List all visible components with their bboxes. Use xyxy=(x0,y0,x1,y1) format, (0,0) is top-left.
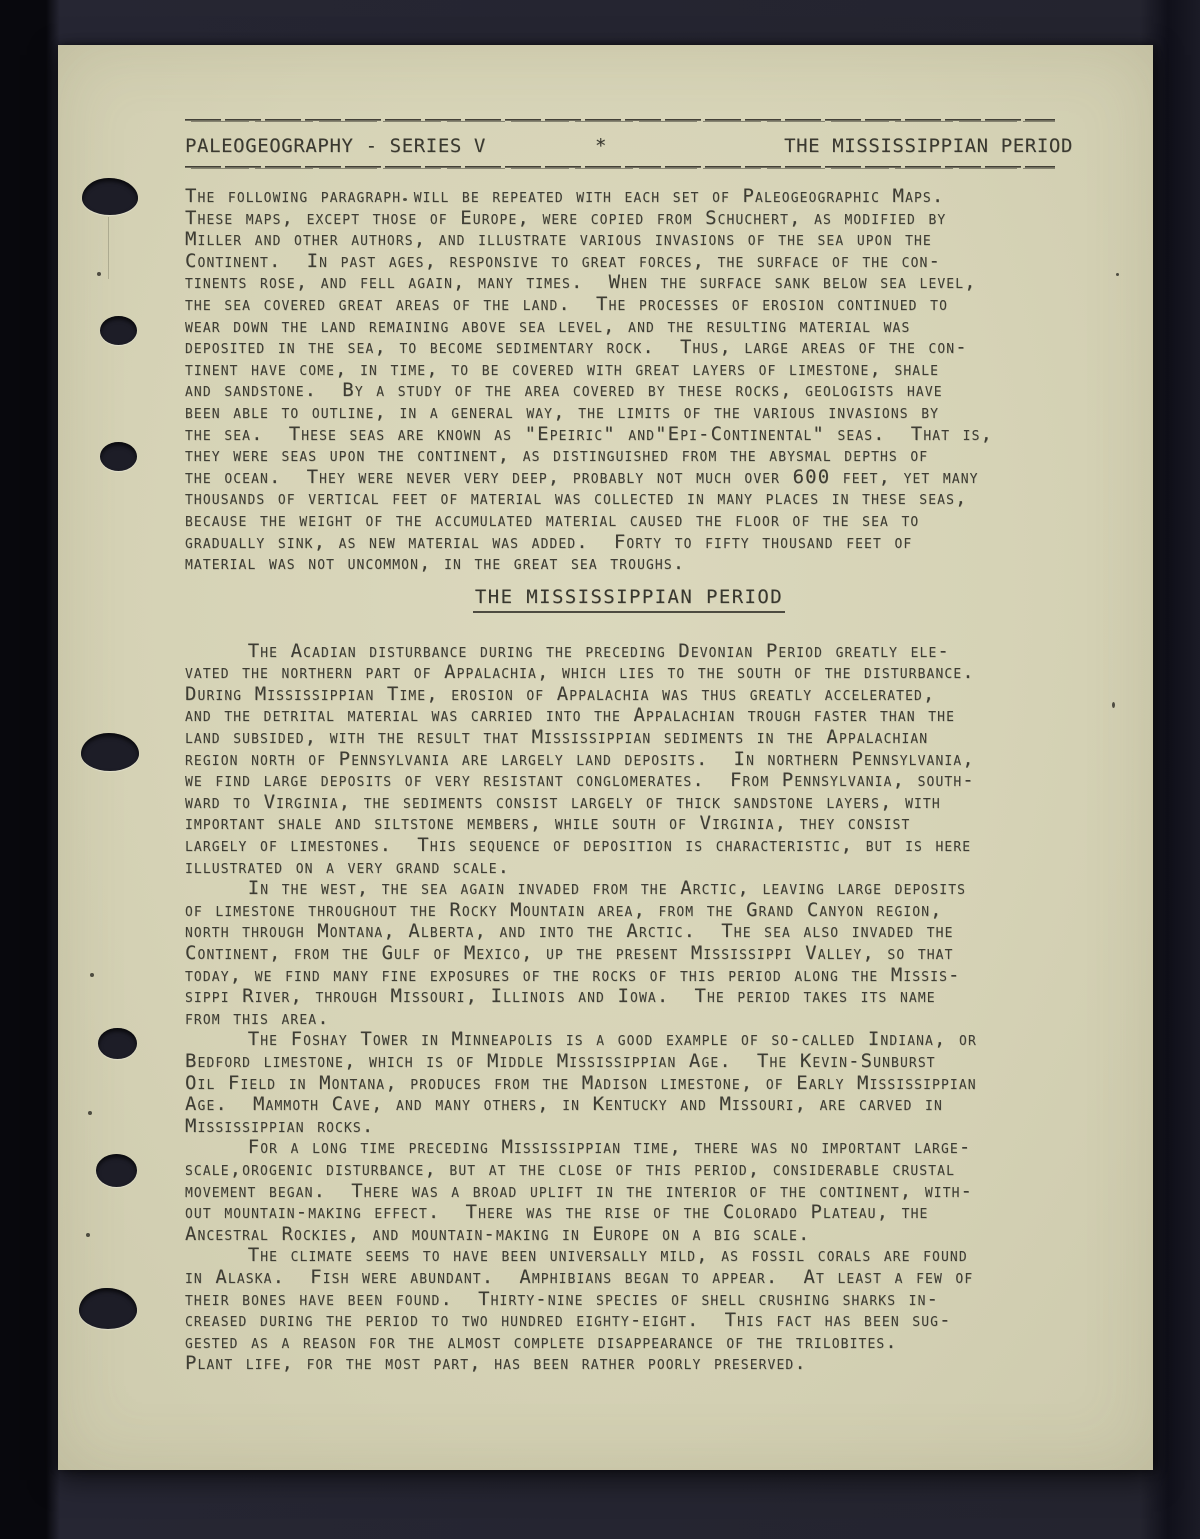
text-line: Bedford limestone, which is of Middle Mi… xyxy=(185,1051,1073,1073)
text-line: they were seas upon the continent, as di… xyxy=(185,445,1073,467)
text-line: today, we find many fine exposures of th… xyxy=(185,965,1073,987)
text-line: and sandstone. By a study of the area co… xyxy=(185,380,1073,402)
paper-crease xyxy=(108,217,109,279)
text-line: Miller and other authors, and illustrate… xyxy=(185,229,1073,251)
text-line: sippi River, through Missouri, Illinois … xyxy=(185,986,1073,1008)
paper-speck xyxy=(1112,702,1115,708)
text-line: The following paragraph will be repeated… xyxy=(185,186,1073,208)
punch-hole xyxy=(98,1028,137,1059)
paragraph-orogeny: For a long time preceding Mississippian … xyxy=(185,1137,1073,1245)
scanned-document-photo: { "colors": { "paper": "#d6d3b6", "ink":… xyxy=(0,0,1200,1539)
paper-speck xyxy=(86,1233,90,1237)
paragraph-acadian: The Acadian disturbance during the prece… xyxy=(185,641,1073,879)
text-line: In the west, the sea again invaded from … xyxy=(185,878,1073,900)
text-line: material was not uncommon, in the great … xyxy=(185,553,1073,575)
text-line: tinents rose, and fell again, many times… xyxy=(185,272,1073,294)
text-line: region north of Pennsylvania are largely… xyxy=(185,749,1073,771)
text-line: north through Montana, Alberta, and into… xyxy=(185,921,1073,943)
text-line: illustrated on a very grand scale. xyxy=(185,857,1073,879)
text-line: vated the northern part of Appalachia, w… xyxy=(185,662,1073,684)
text-line: out mountain-making effect. There was th… xyxy=(185,1202,1073,1224)
text-line: the sea. These seas are known as "Epeiri… xyxy=(185,424,1073,446)
text-line: During Mississippian Time, erosion of Ap… xyxy=(185,684,1073,706)
text-line: tinent have come, in time, to be covered… xyxy=(185,359,1073,381)
text-line: land subsided, with the result that Miss… xyxy=(185,727,1073,749)
text-line: Ancestral Rockies, and mountain-making i… xyxy=(185,1224,1073,1246)
paper-speck xyxy=(97,272,101,276)
text-line: creased during the period to two hundred… xyxy=(185,1310,1073,1332)
section-heading-text: THE MISSISSIPPIAN PERIOD xyxy=(473,585,785,613)
text-line: largely of limestones. This sequence of … xyxy=(185,835,1073,857)
text-line: movement began. There was a broad uplift… xyxy=(185,1181,1073,1203)
header-bottom-rule xyxy=(185,166,1055,169)
text-line: important shale and siltstone members, w… xyxy=(185,813,1073,835)
text-line: in Alaska. Fish were abundant. Amphibian… xyxy=(185,1267,1073,1289)
paragraph-foshay: The Foshay Tower in Minneapolis is a goo… xyxy=(185,1029,1073,1137)
text-line: thousands of vertical feet of material w… xyxy=(185,488,1073,510)
paper-speck xyxy=(1116,273,1119,276)
header-top-rule xyxy=(185,119,1055,122)
text-line: Age. Mammoth Cave, and many others, in K… xyxy=(185,1094,1073,1116)
header-asterisk: * xyxy=(595,133,607,159)
text-line: These maps, except those of Europe, were… xyxy=(185,208,1073,230)
punch-hole xyxy=(82,178,138,215)
text-line: deposited in the sea, to become sediment… xyxy=(185,337,1073,359)
punch-hole xyxy=(96,1154,137,1187)
punch-hole xyxy=(81,733,139,771)
text-line: Oil Field in Montana, produces from the … xyxy=(185,1073,1073,1095)
text-line: The Acadian disturbance during the prece… xyxy=(185,641,1073,663)
text-line: gradually sink, as new material was adde… xyxy=(185,532,1073,554)
punch-hole xyxy=(100,442,137,471)
paper-speck xyxy=(88,1111,92,1115)
text-line: scale,orogenic disturbance, but at the c… xyxy=(185,1159,1073,1181)
header-right-title: THE MISSISSIPPIAN PERIOD xyxy=(784,133,1073,159)
text-line: Continent. In past ages, responsive to g… xyxy=(185,251,1073,273)
section-heading: THE MISSISSIPPIAN PERIOD xyxy=(185,585,1073,611)
text-line: because the weight of the accumulated ma… xyxy=(185,510,1073,532)
text-line: been able to outline, in a general way, … xyxy=(185,402,1073,424)
punch-hole xyxy=(79,1288,137,1329)
text-line: of limestone throughout the Rocky Mounta… xyxy=(185,900,1073,922)
paragraph-west-seas: In the west, the sea again invaded from … xyxy=(185,878,1073,1029)
section-body: The Acadian disturbance during the prece… xyxy=(185,641,1073,1375)
document-page: PALEOGEOGRAPHY - SERIES V * THE MISSISSI… xyxy=(58,45,1153,1470)
text-line: wear down the land remaining above sea l… xyxy=(185,316,1073,338)
typewritten-text-block: PALEOGEOGRAPHY - SERIES V * THE MISSISSI… xyxy=(185,119,1073,1375)
text-line: The climate seems to have been universal… xyxy=(185,1245,1073,1267)
page-header: PALEOGEOGRAPHY - SERIES V * THE MISSISSI… xyxy=(185,133,1073,159)
text-line: The Foshay Tower in Minneapolis is a goo… xyxy=(185,1029,1073,1051)
text-line: ward to Virginia, the sediments consist … xyxy=(185,792,1073,814)
text-line: their bones have been found. Thirty-nine… xyxy=(185,1289,1073,1311)
text-line: we find large deposits of very resistant… xyxy=(185,770,1073,792)
paper-speck xyxy=(90,973,94,977)
paragraph-intro: The following paragraph will be repeated… xyxy=(185,186,1073,575)
text-line: Plant life, for the most part, has been … xyxy=(185,1353,1073,1375)
text-line: and the detrital material was carried in… xyxy=(185,705,1073,727)
punch-hole xyxy=(100,316,137,345)
text-line: gested as a reason for the almost comple… xyxy=(185,1332,1073,1354)
text-line: the ocean. They were never very deep, pr… xyxy=(185,467,1073,489)
text-line: from this area. xyxy=(185,1008,1073,1030)
text-line: For a long time preceding Mississippian … xyxy=(185,1137,1073,1159)
text-line: the sea covered great areas of the land.… xyxy=(185,294,1073,316)
text-line: Continent, from the Gulf of Mexico, up t… xyxy=(185,943,1073,965)
paragraph-climate: The climate seems to have been universal… xyxy=(185,1245,1073,1375)
text-line: Mississippian rocks. xyxy=(185,1116,1073,1138)
header-left-title: PALEOGEOGRAPHY - SERIES V xyxy=(185,133,486,159)
